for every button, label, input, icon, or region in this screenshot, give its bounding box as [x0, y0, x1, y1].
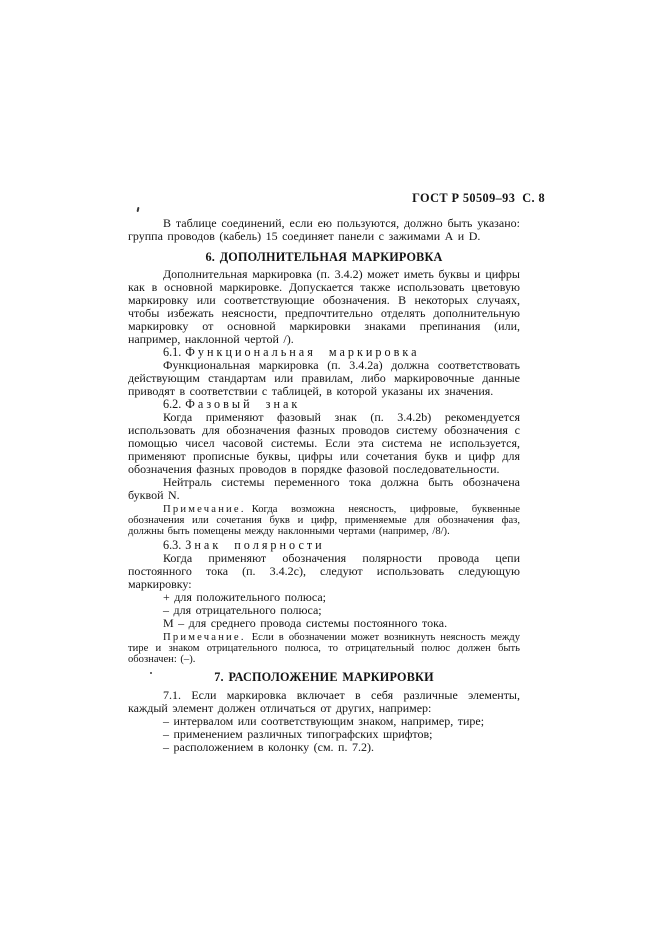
- section-6-3-number: 6.3.: [163, 538, 181, 552]
- polarity-note: Примечание.Если в обозначении может возн…: [128, 632, 520, 665]
- section-6-1-paragraph: Функциональная маркировка (п. 3.4.2а) до…: [128, 359, 520, 398]
- section-6-2-number: 6.2.: [163, 397, 181, 411]
- section-6-2-paragraph: Когда применяют фазовый знак (п. 3.4.2b)…: [128, 411, 520, 476]
- section-6-1-title: Функциональная маркировка: [185, 345, 419, 359]
- section-6-3-paragraph: Когда применяют обозначения полярности п…: [128, 552, 520, 591]
- polarity-note-label: Примечание.: [163, 632, 246, 643]
- section-6-2-title: Фазовый знак: [185, 397, 300, 411]
- neutral-wire-paragraph: Нейтраль системы переменного тока должна…: [128, 476, 520, 502]
- polarity-item-middle: М – для среднего провода системы постоян…: [128, 617, 520, 630]
- section-7-paragraph: 7.1. Если маркировка включает в себя раз…: [128, 689, 520, 715]
- phase-note: Примечание.Когда возможна неясность, циф…: [128, 504, 520, 537]
- section-6-3-title: Знак полярности: [185, 538, 324, 552]
- page-header: ГОСТ Р 50509–93 С. 8: [412, 191, 545, 206]
- section-6-1-number: 6.1.: [163, 345, 181, 359]
- phase-note-label: Примечание.: [163, 504, 246, 515]
- section-6-paragraph: Дополнительная маркировка (п. 3.4.2) мож…: [128, 268, 520, 346]
- section-7-title: 7. РАСПОЛОЖЕНИЕ МАРКИРОВКИ: [128, 671, 520, 684]
- section-6-title: 6. ДОПОЛНИТЕЛЬНАЯ МАРКИРОВКА: [128, 251, 520, 264]
- scan-artifact-tick: [137, 207, 140, 212]
- intro-paragraph: В таблице соединений, если ею пользуются…: [128, 217, 520, 243]
- layout-item-column: – расположением в колонку (см. п. 7.2).: [128, 741, 520, 754]
- text-column: В таблице соединений, если ею пользуются…: [128, 217, 520, 754]
- document-page: ГОСТ Р 50509–93 С. 8 В таблице соединени…: [0, 0, 661, 935]
